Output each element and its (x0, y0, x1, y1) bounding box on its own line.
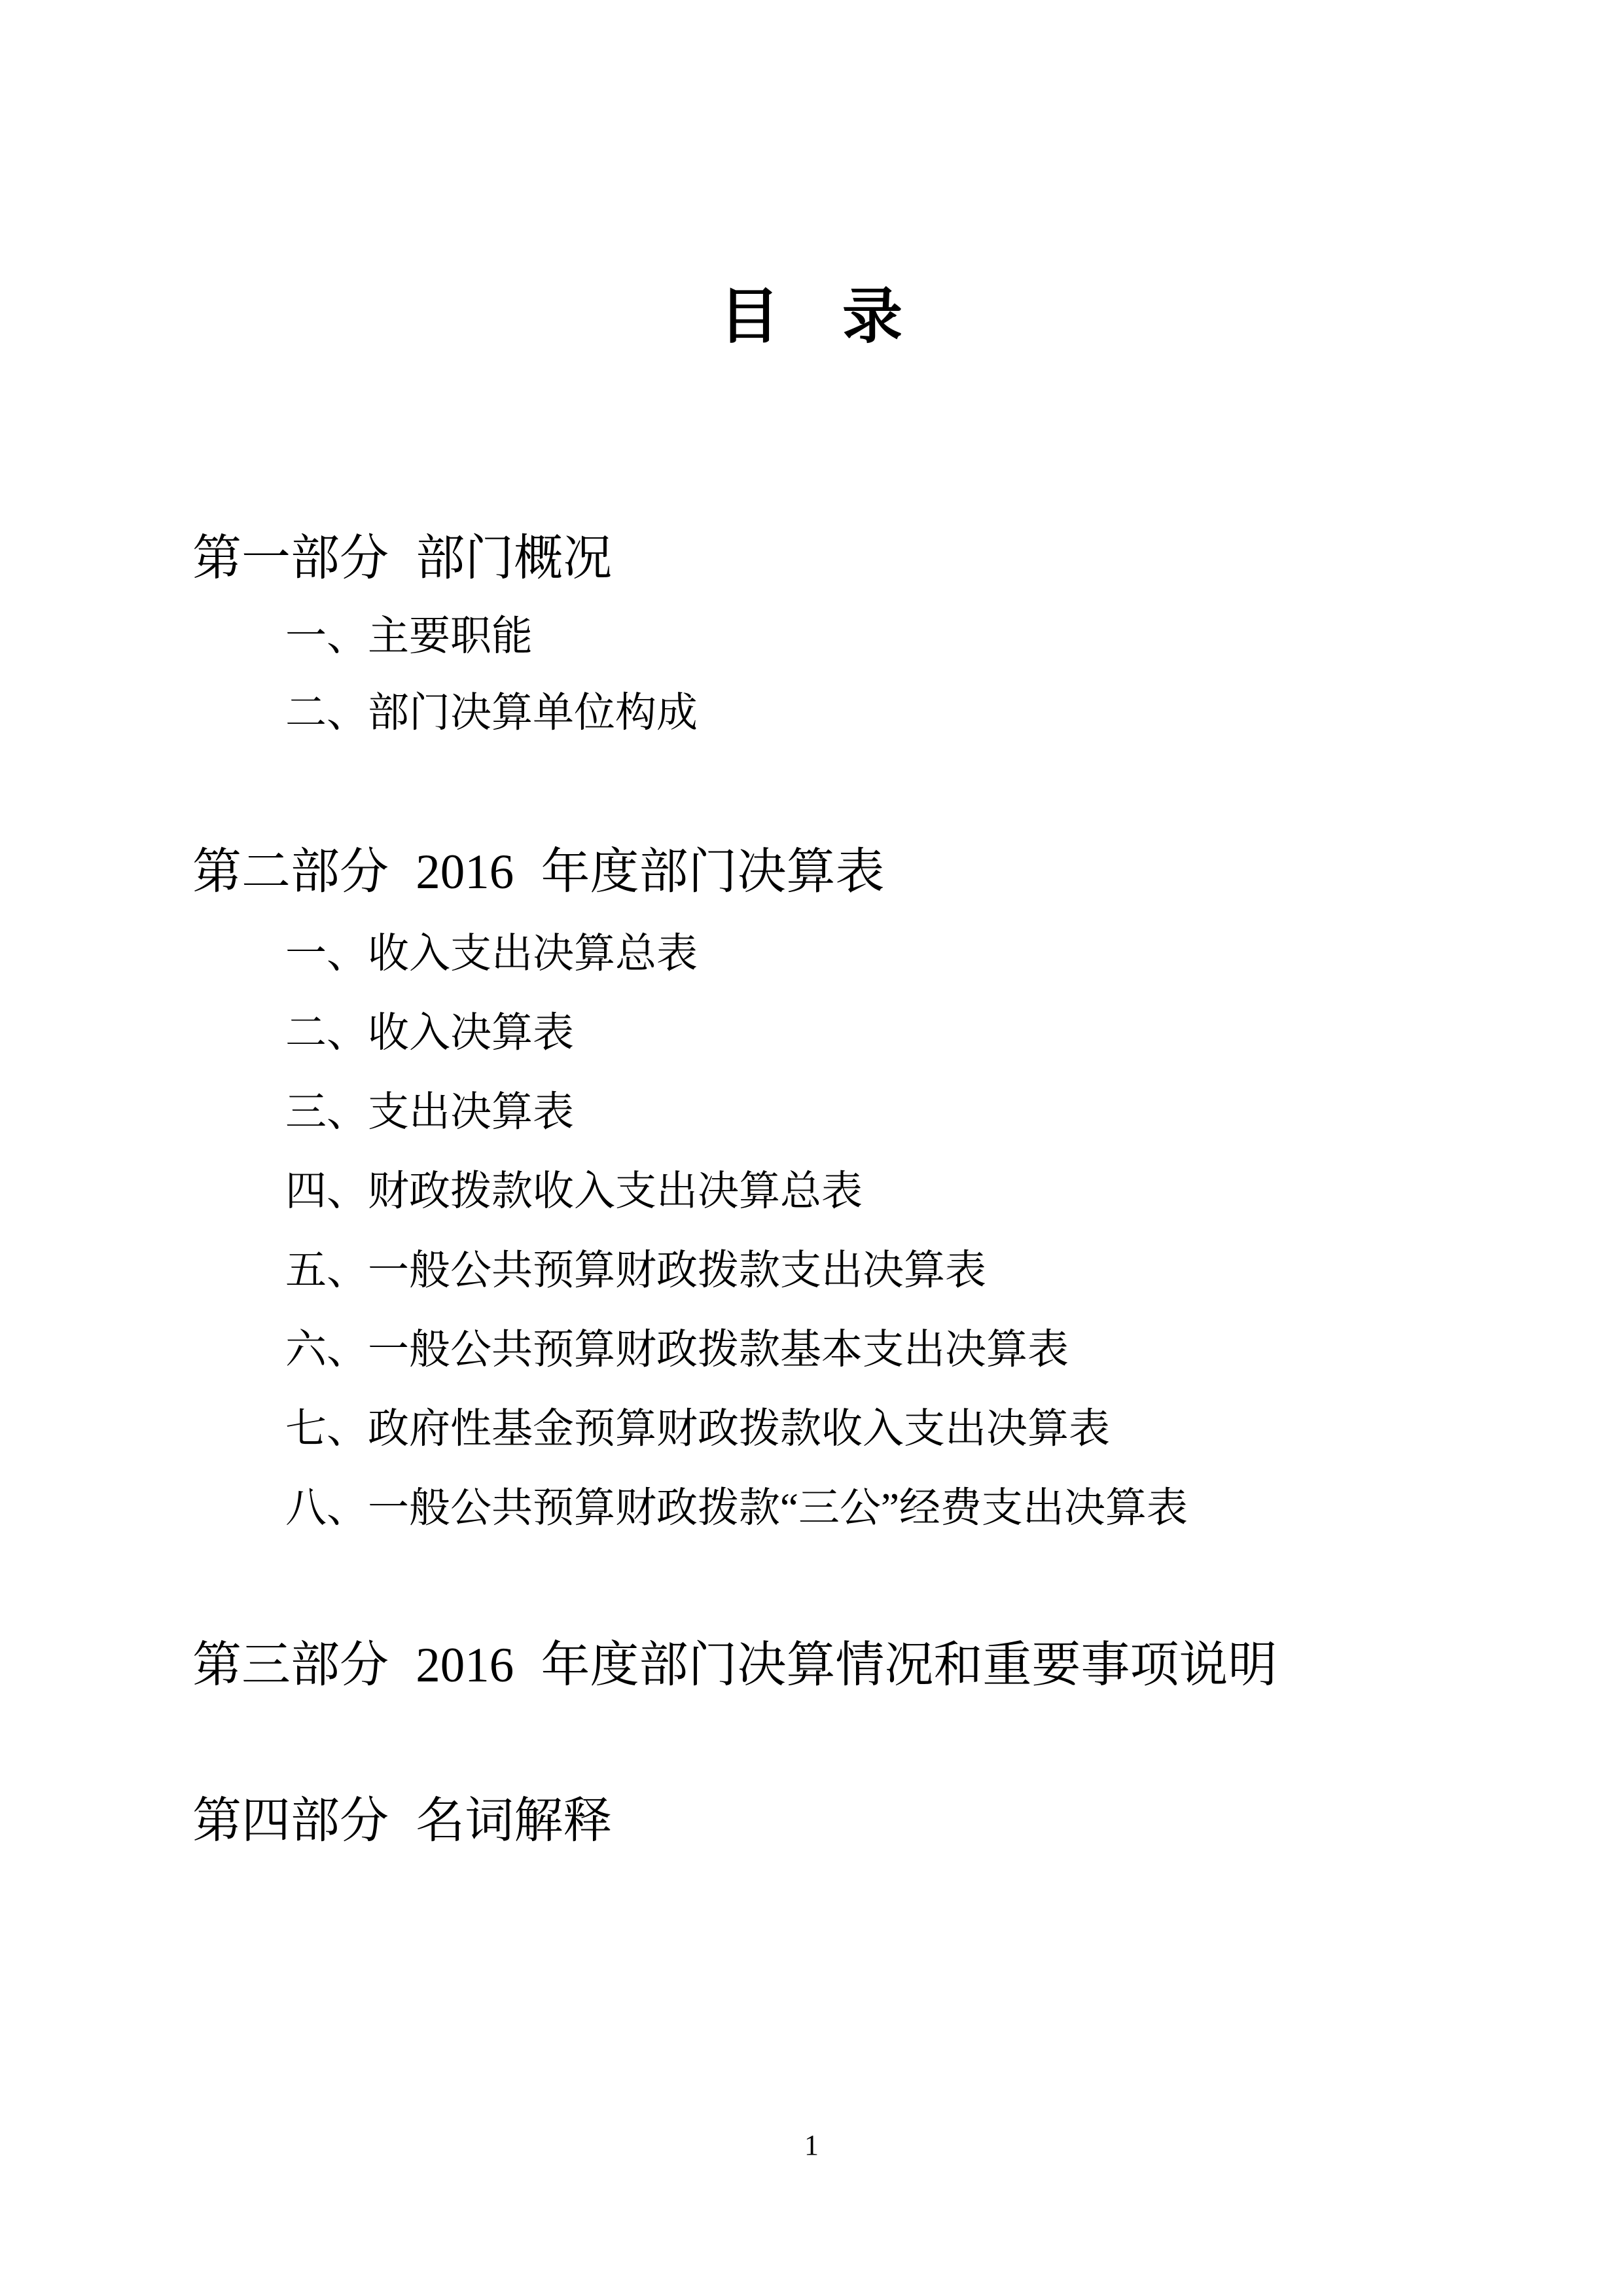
toc-item-1-2: 二、部门决算单位构成 (285, 692, 698, 734)
section-heading-part-1: 第一部分 部门概况 (192, 534, 612, 583)
toc-item-2-8: 八、一般公共预算财政拨款“三公”经费支出决算表 (285, 1488, 1188, 1529)
section-heading-part-4: 第四部分 名词解释 (192, 1797, 612, 1846)
page-number: 1 (804, 2129, 819, 2161)
section-heading-part-3: 第三部分 2016 年度部门决算情况和重要事项说明 (192, 1641, 1277, 1690)
toc-item-2-1: 一、收入支出决算总表 (285, 933, 698, 975)
toc-item-1-1: 一、主要职能 (285, 616, 533, 657)
page-footer: 1 (0, 2131, 1623, 2160)
toc-item-2-6: 六、一般公共预算财政拨款基本支出决算表 (285, 1329, 1069, 1371)
toc-item-2-7: 七、政府性基金预算财政拨款收入支出决算表 (285, 1408, 1110, 1450)
section-heading-part-2: 第二部分 2016 年度部门决算表 (192, 848, 885, 897)
toc-item-2-3: 三、支出决算表 (285, 1092, 574, 1133)
toc-document-page: 目 录 第一部分 部门概况 一、主要职能 二、部门决算单位构成 第二部分 201… (0, 0, 1623, 2296)
toc-item-2-5: 五、一般公共预算财政拨款支出决算表 (285, 1250, 986, 1291)
toc-item-2-2: 二、收入决算表 (285, 1013, 574, 1054)
toc-item-2-4: 四、财政拨款收入支出决算总表 (285, 1171, 863, 1212)
page-title: 目 录 (0, 287, 1623, 347)
